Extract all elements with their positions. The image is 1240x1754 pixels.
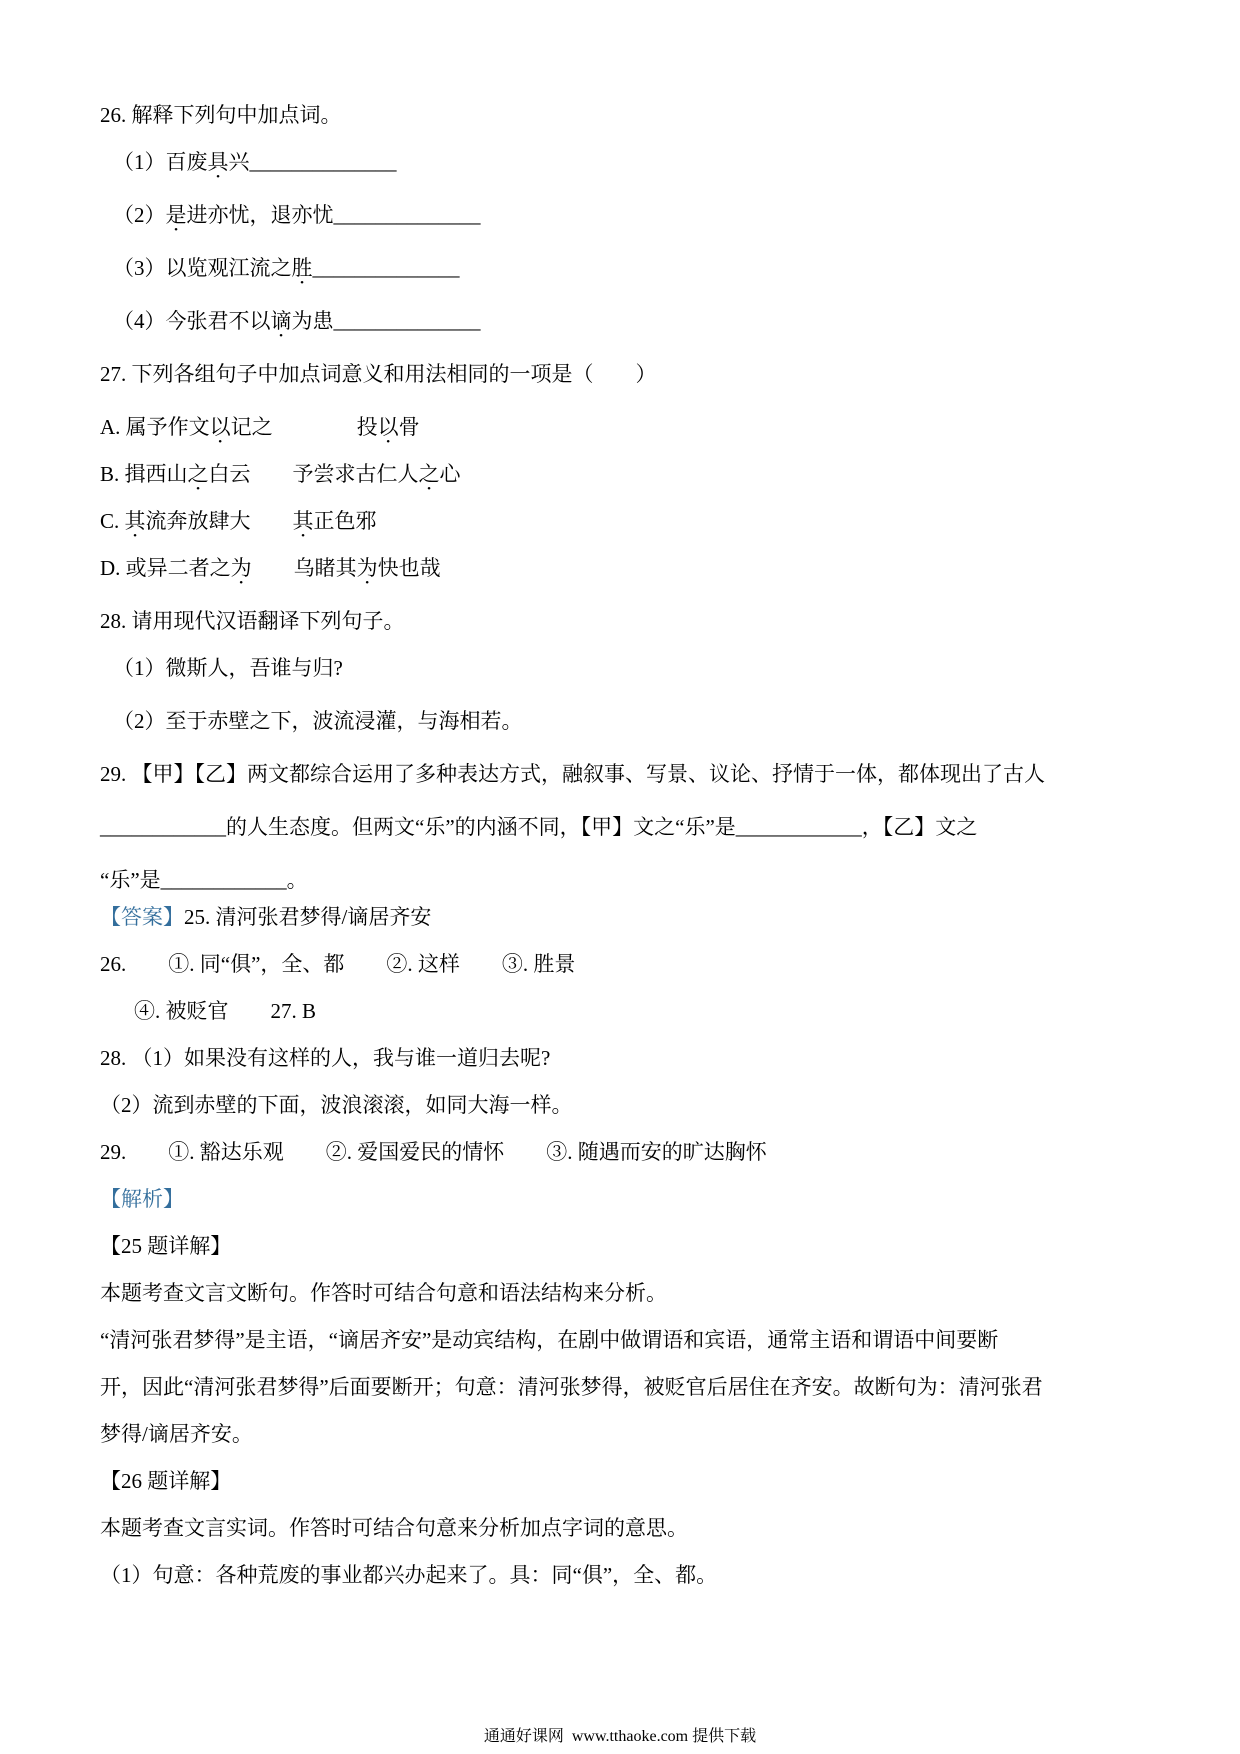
text-segment: C. [100,509,125,533]
answer-29: 29. ①. 豁达乐观 ②. 爱国爱民的情怀 ③. 随遇而安的旷达胸怀 [100,1140,1160,1164]
text-segment: 28. 请用现代汉语翻译下列句子。 [100,609,405,633]
q28-stem: 28. 请用现代汉语翻译下列句子。 [100,609,1160,633]
text-segment: 【25 题详解】 [100,1234,231,1258]
text-segment: 26. ①. 同“俱”，全、都 ②. 这样 ③. 胜景 [100,952,575,976]
answer-28-line-2: （2）流到赤壁的下面，波浪滚滚，如同大海一样。 [100,1093,1160,1117]
q27-option-b: B. 揖西山之白云 予尝求古仁人之心 [100,462,1160,486]
text-segment: 流奔放肆大 [146,509,293,533]
emphasized-char: 其 [125,509,146,533]
emphasized-char: 以 [378,415,399,439]
text-segment: 27. 下列各组句子中加点词意义和用法相同的一项是（ ） [100,362,657,386]
emphasized-char: 为 [357,556,378,580]
page-footer: 通通好课网 www.tthaoke.com 提供下载 [0,1723,1240,1746]
text-segment: （1）微斯人，吾谁与归? [113,656,343,680]
text-segment: （4）今张君不以 [113,309,271,333]
accent-label: 【答案】 [100,905,184,929]
q26-item-1: （1）百废具兴______________ [100,150,1160,174]
text-segment: 进亦忧，退亦忧 [187,203,334,227]
text-segment: ______________ [313,256,460,280]
detail-25-header: 【25 题详解】 [100,1234,1160,1258]
detail-25-line-2: “清河张君梦得”是主语，“谪居齐安”是动宾结构，在剧中做谓语和宾语，通常主语和谓… [100,1328,1160,1352]
q26-item-3: （3）以览观江流之胜______________ [100,256,1160,280]
text-segment: ④. 被贬官 27. B [134,999,316,1023]
text-segment: D. 或异二者之 [100,556,231,580]
text-segment: A. 属予作文 [100,415,210,439]
detail-25-line-1: 本题考查文言文断句。作答时可结合句意和语法结构来分析。 [100,1281,1160,1305]
text-segment: “乐”是____________。 [100,868,308,892]
detail-26-line-2: （1）句意：各种荒废的事业都兴办起来了。具：同“俱”，全、都。 [100,1563,1160,1587]
text-segment: 为患 [292,309,334,333]
document-lines: 26. 解释下列句中加点词。（1）百废具兴______________（2）是进… [100,103,1160,1610]
detail-26-line-1: 本题考查文言实词。作答时可结合句意来分析加点字词的意思。 [100,1516,1160,1540]
text-segment: 29. ①. 豁达乐观 ②. 爱国爱民的情怀 ③. 随遇而安的旷达胸怀 [100,1140,767,1164]
q27-option-d: D. 或异二者之为 乌睹其为快也哉 [100,556,1160,580]
detail-25-line-4: 梦得/谪居齐安。 [100,1422,1160,1446]
text-segment: 本题考查文言文断句。作答时可结合句意和语法结构来分析。 [100,1281,667,1305]
emphasized-char: 谪 [271,309,292,333]
text-segment: ______________ [334,203,481,227]
answer-28-line-1: 28. （1）如果没有这样的人，我与谁一道归去呢? [100,1046,1160,1070]
text-segment: 快也哉 [378,556,441,580]
text-segment: ____________的人生态度。但两文“乐”的内涵不同，【甲】文之“乐”是_… [100,815,977,839]
text-segment: 26. 解释下列句中加点词。 [100,103,342,127]
text-segment: 28. （1）如果没有这样的人，我与谁一道归去呢? [100,1046,550,1070]
text-segment: 【26 题详解】 [100,1469,231,1493]
analysis-header: 【解析】 [100,1187,1160,1211]
detail-26-header: 【26 题详解】 [100,1469,1160,1493]
text-segment: ______________ [250,150,397,174]
text-segment: （1）百废 [113,150,208,174]
emphasized-char: 之 [188,462,209,486]
text-segment: 心 [440,462,461,486]
text-segment: 乌睹其 [252,556,357,580]
q27-option-a: A. 属予作文以记之 投以骨 [100,415,1160,439]
q29-stem-line-1: 29. 【甲】【乙】两文都综合运用了多种表达方式，融叙事、写景、议论、抒情于一体… [100,762,1160,786]
text-segment: （1）句意：各种荒废的事业都兴办起来了。具：同“俱”，全、都。 [100,1563,717,1587]
q27-option-c: C. 其流奔放肆大 其正色邪 [100,509,1160,533]
q29-stem-line-3: “乐”是____________。 [100,868,1160,892]
exam-page: 26. 解释下列句中加点词。（1）百废具兴______________（2）是进… [0,0,1240,1754]
q28-item-2: （2）至于赤壁之下，波流浸灌，与海相若。 [100,709,1160,733]
emphasized-char: 胜 [292,256,313,280]
q29-stem-line-2: ____________的人生态度。但两文“乐”的内涵不同，【甲】文之“乐”是_… [100,815,1160,839]
text-segment: （2） [113,203,166,227]
emphasized-char: 是 [166,203,187,227]
detail-25-line-3: 开，因此“清河张君梦得”后面要断开；句意：清河张梦得，被贬官后居住在齐安。故断句… [100,1375,1160,1399]
text-segment: 正色邪 [314,509,377,533]
q26-item-2: （2）是进亦忧，退亦忧______________ [100,203,1160,227]
text-segment: ______________ [334,309,481,333]
answer-26-line-1: 26. ①. 同“俱”，全、都 ②. 这样 ③. 胜景 [100,952,1160,976]
answer-26-line-2: ④. 被贬官 27. B [100,999,1160,1023]
emphasized-char: 之 [419,462,440,486]
text-segment: 25. 清河张君梦得/谪居齐安 [184,905,431,929]
text-segment: （2）至于赤壁之下，波流浸灌，与海相若。 [113,709,523,733]
q27-stem: 27. 下列各组句子中加点词意义和用法相同的一项是（ ） [100,362,1160,386]
text-segment: （2）流到赤壁的下面，波浪滚滚，如同大海一样。 [100,1093,573,1117]
text-segment: 开，因此“清河张君梦得”后面要断开；句意：清河张梦得，被贬官后居住在齐安。故断句… [100,1375,1043,1399]
text-segment: 记之 投 [231,415,378,439]
text-segment: B. 揖西山 [100,462,188,486]
text-segment: “清河张君梦得”是主语，“谪居齐安”是动宾结构，在剧中做谓语和宾语，通常主语和谓… [100,1328,998,1352]
emphasized-char: 具 [208,150,229,174]
q28-item-1: （1）微斯人，吾谁与归? [100,656,1160,680]
text-segment: 梦得/谪居齐安。 [100,1422,253,1446]
emphasized-char: 其 [293,509,314,533]
emphasized-char: 以 [210,415,231,439]
q26-item-4: （4）今张君不以谪为患______________ [100,309,1160,333]
text-segment: 兴 [229,150,250,174]
text-segment: 白云 予尝求古仁人 [209,462,419,486]
emphasized-char: 为 [231,556,252,580]
text-segment: 本题考查文言实词。作答时可结合句意来分析加点字词的意思。 [100,1516,688,1540]
accent-label: 【解析】 [100,1187,184,1211]
answer-25: 【答案】25. 清河张君梦得/谪居齐安 [100,905,1160,929]
text-segment: 29. 【甲】【乙】两文都综合运用了多种表达方式，融叙事、写景、议论、抒情于一体… [100,762,1045,786]
text-segment: （3）以览观江流之 [113,256,292,280]
text-segment: 骨 [399,415,420,439]
q26-stem: 26. 解释下列句中加点词。 [100,103,1160,127]
